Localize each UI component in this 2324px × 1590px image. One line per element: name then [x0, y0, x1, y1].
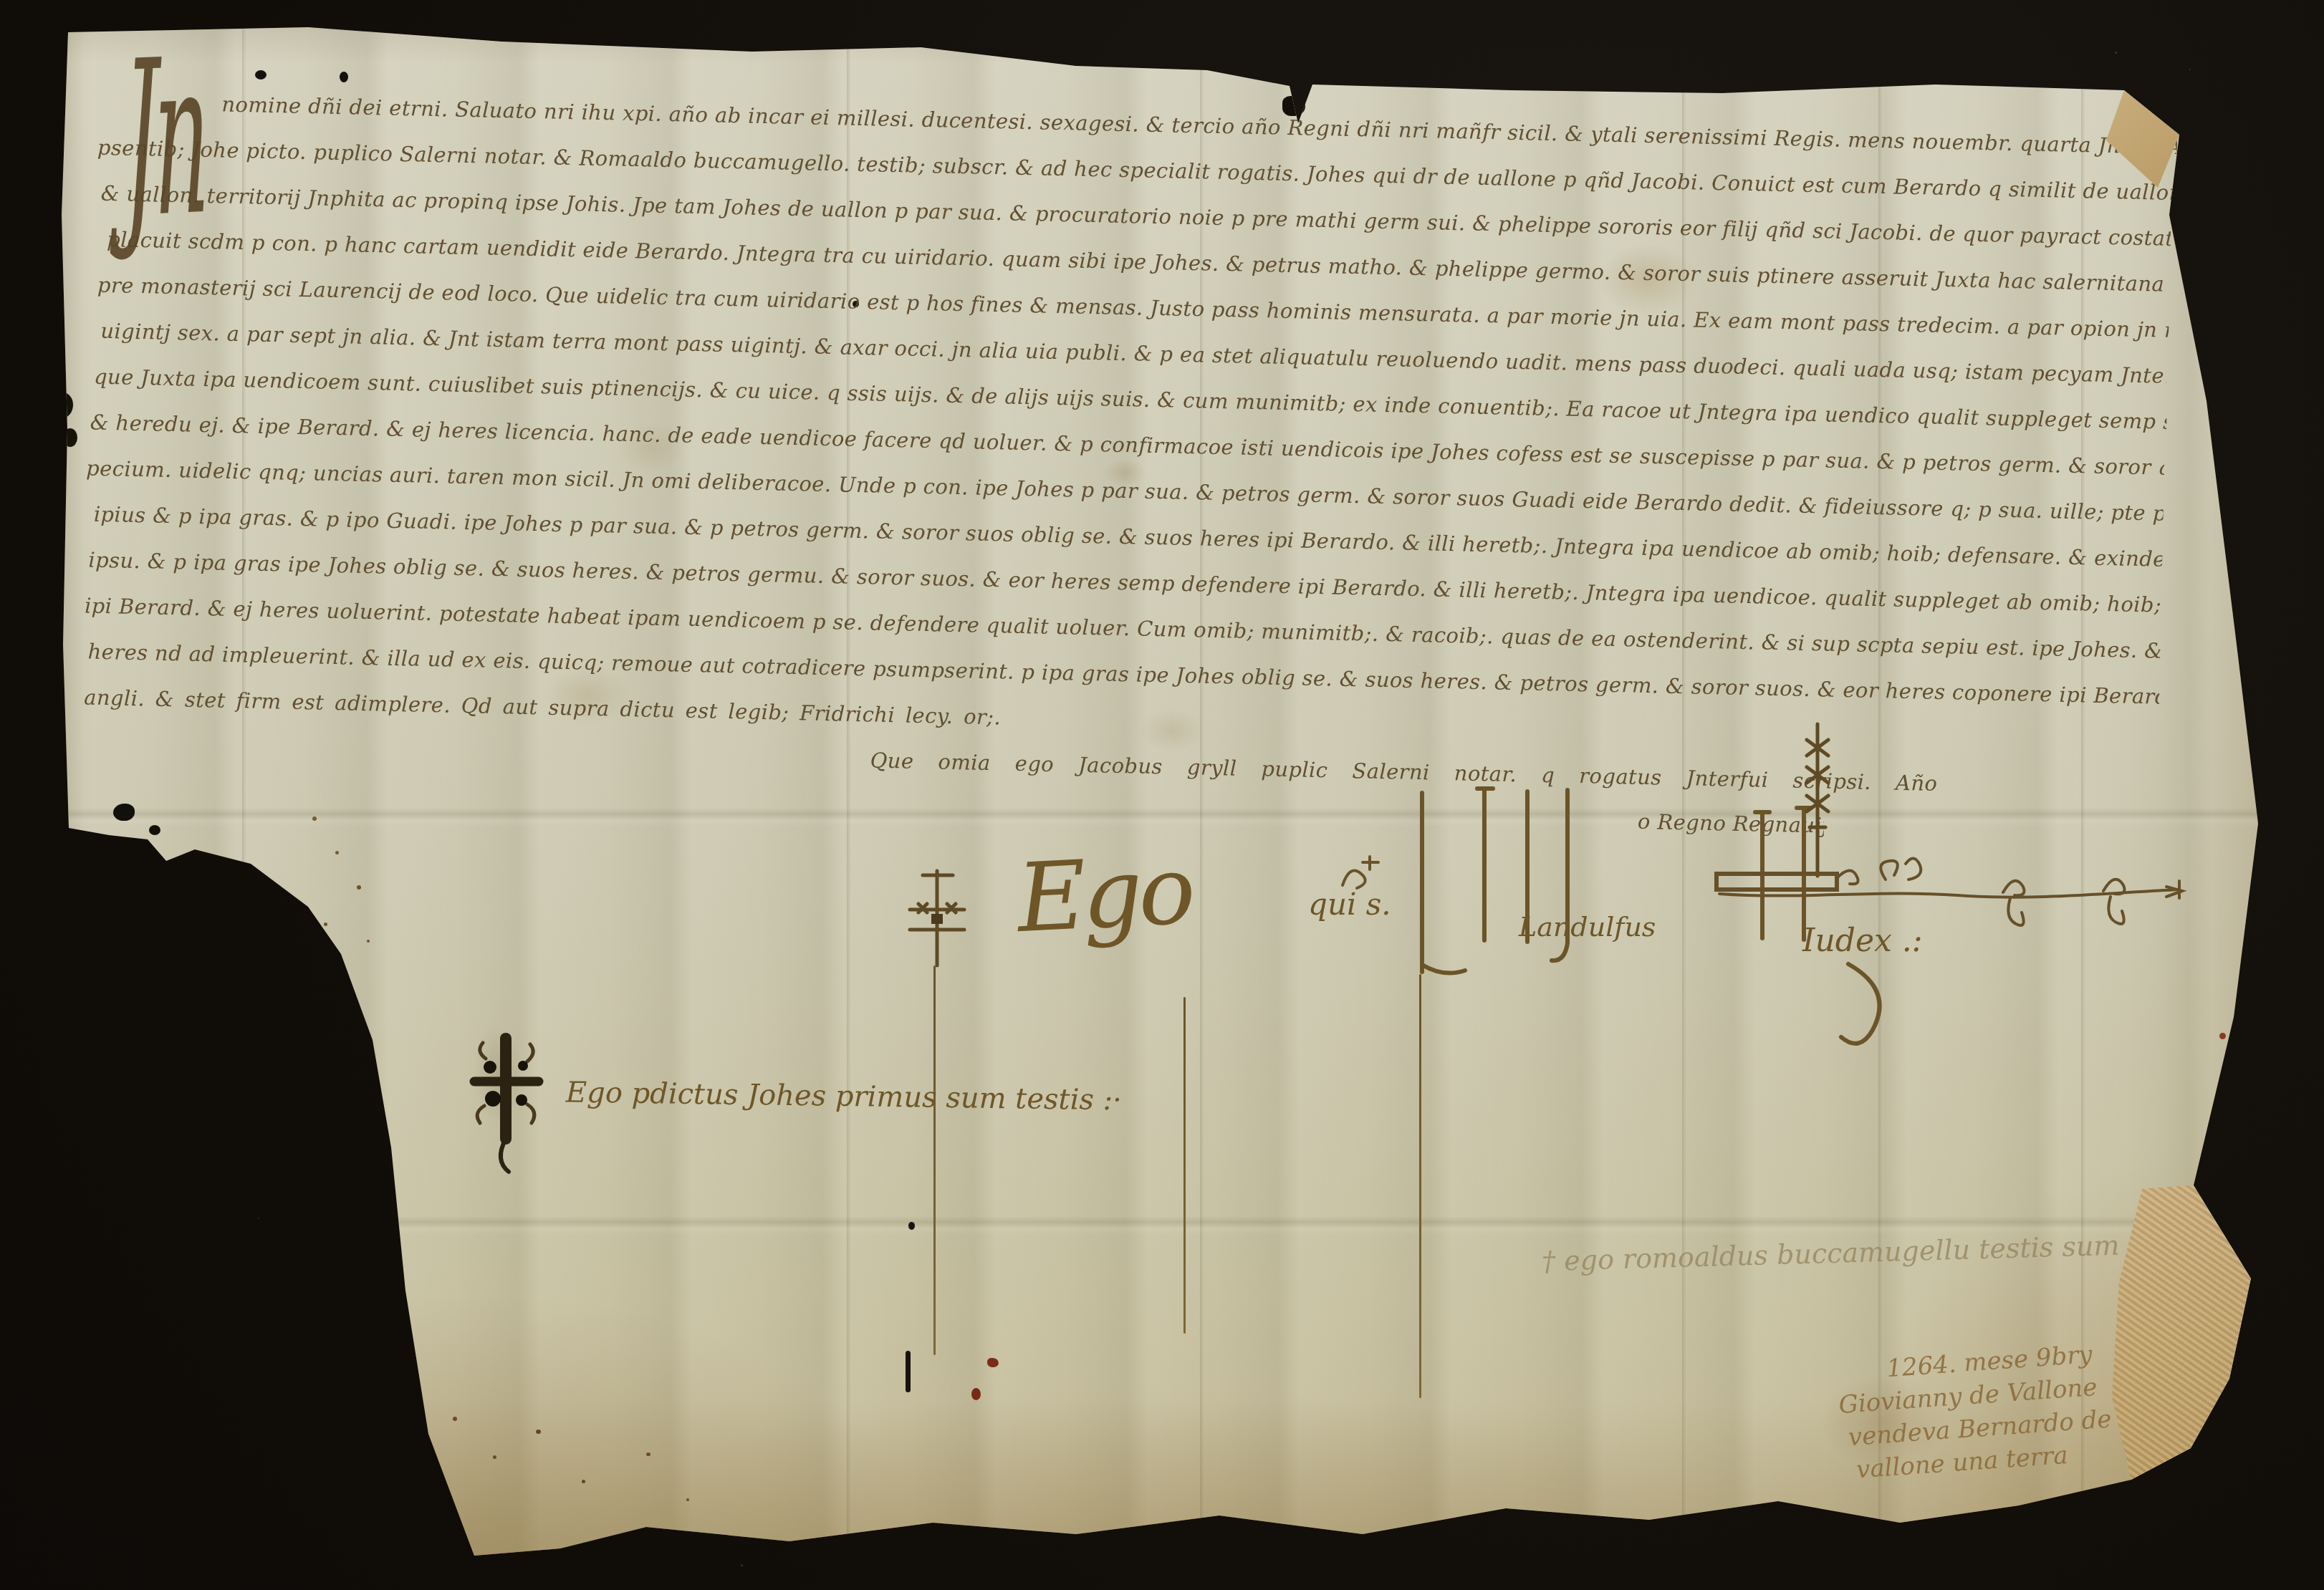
rust-dot [2219, 1033, 2226, 1039]
ink-blot [52, 392, 73, 418]
notarial-sign-icon [1714, 837, 2201, 951]
speckle [357, 885, 361, 890]
speckle [536, 1430, 541, 1434]
speckle [324, 922, 327, 926]
signature-landulfus: Landulfus [1519, 911, 1656, 943]
dust-speck [2115, 52, 2117, 54]
speckle [493, 1455, 496, 1459]
hole [340, 72, 348, 82]
ink-blot [908, 1222, 915, 1230]
witness-petrus-line: Ego pdictus Johes primus sum testis :· [566, 1076, 1122, 1117]
flourish-icon [1338, 854, 1384, 891]
photograph-background: Jn nomine dñi dei etrni. Saluato nri ihu… [0, 0, 2324, 1590]
landulfus-elongated-strokes [1397, 784, 1698, 978]
stain [1734, 29, 1848, 79]
signature-descender [1419, 974, 1421, 1398]
speckle [453, 1417, 457, 1421]
signature-ego: Ego [1014, 835, 1194, 954]
red-mark [987, 1358, 999, 1367]
dust-speck [258, 1218, 259, 1219]
signum-cross-icon [901, 868, 973, 968]
rust-dot [2257, 1096, 2261, 1100]
rust-dot [2244, 954, 2249, 959]
charter-text-block: nomine dñi dei etrni. Saluato nri ihu xp… [90, 85, 2227, 918]
signature-qui: qui s. [1308, 887, 1391, 922]
ink-blot [906, 1351, 911, 1392]
speckle [367, 940, 370, 943]
parchment-sheet: Jn nomine dñi dei etrni. Saluato nri ihu… [0, 0, 2324, 1590]
red-mark [971, 1388, 981, 1400]
dust-speck [2189, 69, 2191, 70]
ink-blot [63, 428, 77, 447]
speckle [646, 1452, 650, 1456]
signature-descender [933, 965, 936, 1355]
archival-note: 1264. mese 9bry Giovianny de Vallone ven… [1830, 1337, 2115, 1488]
speckle [686, 1498, 689, 1501]
dust-speck [741, 1564, 743, 1566]
charter-line: angli. & stet firm est adimplere. Qd aut… [84, 680, 1002, 734]
witness-cross-icon [464, 1030, 550, 1180]
signature-descender [1183, 997, 1186, 1334]
horizontal-fold [64, 1216, 2257, 1235]
speckle [582, 1480, 585, 1483]
hole [255, 70, 267, 79]
witness-romoaldus-line: † ego romoaldus buccamugellu testis sum [1542, 1230, 2120, 1278]
